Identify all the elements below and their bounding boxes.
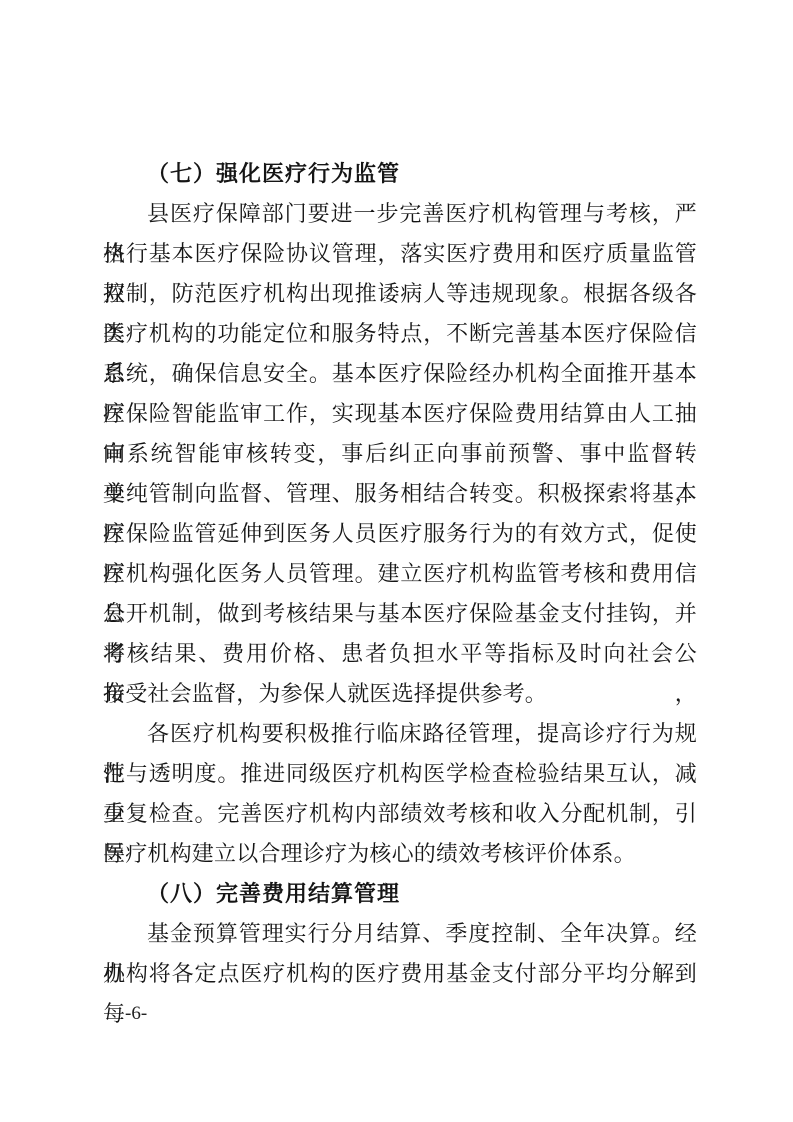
text-line: 疗机构强化医务人员管理。建立医疗机构监管考核和费用信息 <box>103 554 697 594</box>
text-line: 向系统智能审核转变，事后纠正向事前预警、事中监督转变， <box>103 434 697 474</box>
document-content: （七）强化医疗行为监管县医疗保障部门要进一步完善医疗机构管理与考核，严格执行基本… <box>103 154 697 994</box>
text-line: 县医疗保障部门要进一步完善医疗机构管理与考核，严格 <box>103 194 697 234</box>
text-line: 各医疗机构要积极推行临床路径管理，提高诊疗行为规范 <box>103 714 697 754</box>
page-number: -6- <box>125 1003 147 1024</box>
page-footer: -6- <box>125 994 147 1034</box>
text-line: 执行基本医疗保险协议管理，落实医疗费用和医疗质量监管双 <box>103 234 697 274</box>
paragraph: 各医疗机构要积极推行临床路径管理，提高诊疗行为规范性与透明度。推进同级医疗机构医… <box>103 714 697 874</box>
text-line: 单纯管制向监督、管理、服务相结合转变。积极探索将基本医 <box>103 474 697 514</box>
text-line: 系统，确保信息安全。基本医疗保险经办机构全面推开基本医 <box>103 354 697 394</box>
text-line: 公开机制，做到考核结果与基本医疗保险基金支付挂钩，并将 <box>103 594 697 634</box>
text-line: 基金预算管理实行分月结算、季度控制、全年决算。经办 <box>103 914 697 954</box>
paragraph: 县医疗保障部门要进一步完善医疗机构管理与考核，严格执行基本医疗保险协议管理，落实… <box>103 194 697 714</box>
text-line: 考核结果、费用价格、患者负担水平等指标及时向社会公布， <box>103 634 697 674</box>
text-line: 疗保险智能监审工作，实现基本医疗保险费用结算由人工抽审 <box>103 394 697 434</box>
text-line: 医疗机构建立以合理诊疗为核心的绩效考核评价体系。 <box>103 834 697 874</box>
paragraph: 基金预算管理实行分月结算、季度控制、全年决算。经办机构将各定点医疗机构的医疗费用… <box>103 914 697 994</box>
text-line: 医疗机构的功能定位和服务特点，不断完善基本医疗保险信息 <box>103 314 697 354</box>
text-line: 控制，防范医疗机构出现推诿病人等违规现象。根据各级各类 <box>103 274 697 314</box>
text-line: （七）强化医疗行为监管 <box>103 154 697 194</box>
text-line: 性与透明度。推进同级医疗机构医学检查检验结果互认，减少 <box>103 754 697 794</box>
document-page: （七）强化医疗行为监管县医疗保障部门要进一步完善医疗机构管理与考核，严格执行基本… <box>0 0 793 1122</box>
text-line: （八）完善费用结算管理 <box>103 874 697 914</box>
section-heading: （八）完善费用结算管理 <box>103 874 697 914</box>
section-heading: （七）强化医疗行为监管 <box>103 154 697 194</box>
text-line: 疗保险监管延伸到医务人员医疗服务行为的有效方式，促使医 <box>103 514 697 554</box>
text-line: 重复检查。完善医疗机构内部绩效考核和收入分配机制，引导 <box>103 794 697 834</box>
text-line: 机构将各定点医疗机构的医疗费用基金支付部分平均分解到每 <box>103 954 697 994</box>
